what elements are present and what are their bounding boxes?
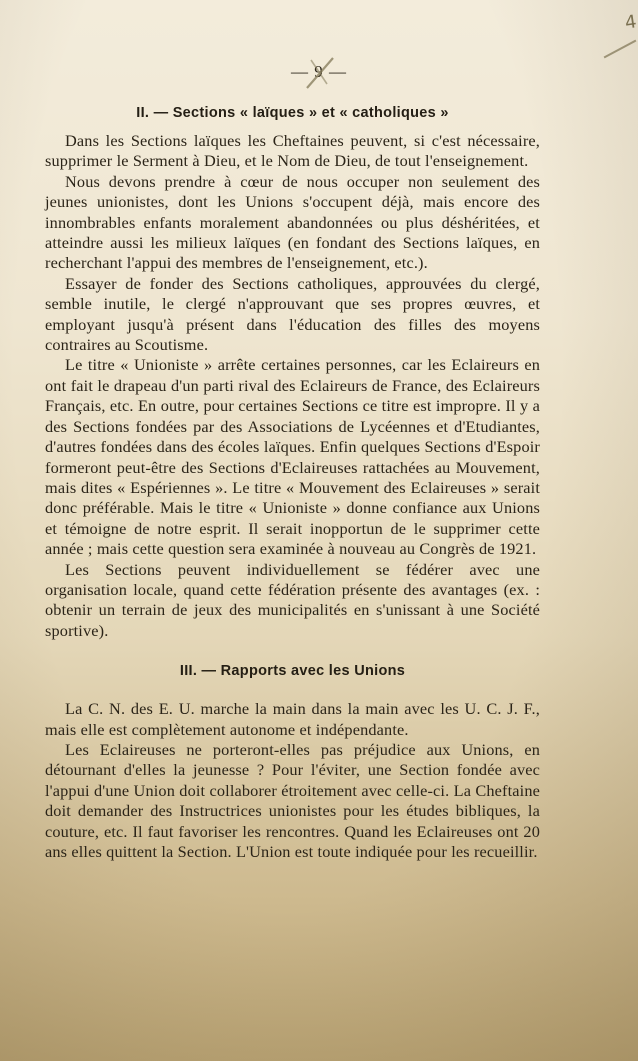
paragraph: Nous devons prendre à cœur de nous occup… — [45, 172, 540, 274]
paragraph: Dans les Sections laïques les Cheftaines… — [45, 131, 540, 172]
section-laiques-catholiques: II. — Sections « laïques » et « catholiq… — [45, 105, 540, 641]
page-number-wrapper: — 9 — — [0, 62, 638, 82]
margin-annotation: 4 — [623, 11, 637, 33]
page-content: II. — Sections « laïques » et « catholiq… — [45, 105, 540, 862]
paragraph: La C. N. des E. U. marche la main dans l… — [45, 699, 540, 740]
paragraph: Le titre « Unioniste » arrête certaines … — [45, 355, 540, 559]
paragraph: Essayer de fonder des Sections catholiqu… — [45, 274, 540, 356]
section-rapports-unions: III. — Rapports avec les Unions La C. N.… — [45, 663, 540, 862]
section-heading: III. — Rapports avec les Unions — [45, 663, 540, 679]
section-heading: II. — Sections « laïques » et « catholiq… — [45, 105, 540, 121]
page-number: — 9 — — [291, 62, 347, 81]
paragraph: Les Sections peuvent individuellement se… — [45, 560, 540, 642]
paragraph: Les Eclaireuses ne porteront-elles pas p… — [45, 740, 540, 862]
pencil-stroke — [604, 40, 637, 59]
